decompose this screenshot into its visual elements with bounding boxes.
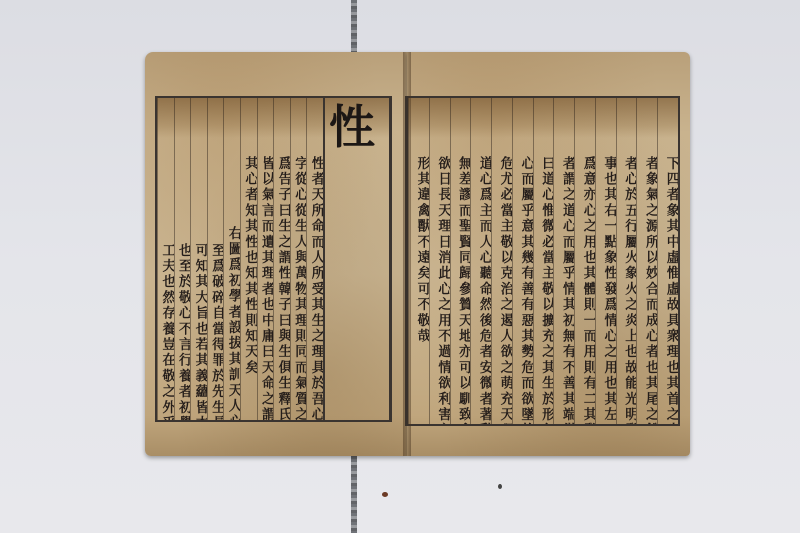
text-column: 可知其大旨也若其義蘊皆本程朱格言并忌臆說: [190, 98, 207, 420]
text-column: 曰道心惟微必當主敬以擴充之其生於形氣者謂之人: [533, 98, 554, 424]
heading-column: 性: [323, 98, 389, 420]
text-column: 者象氣之源所以妙合而成心者也其尾之銳自下而上: [636, 98, 657, 424]
text-column: 其心者知其性也知其性則知天矣: [240, 98, 257, 420]
text-column: 爲意亦心之用也其體則一而用則有二其發原於性命: [574, 98, 595, 424]
open-book: 性 性者天所命而人所受其生之理具於吾心者也故其爲 字從心從生人與萬物其理則同而氣…: [145, 52, 690, 458]
text-column: 者心於五行屬火象火之炎上也故能光明發動以應萬: [616, 98, 637, 424]
right-page: 下四者象其中虛惟虛故具衆理也其首之尖自上而下 者象氣之源所以妙合而成心者也其尾之…: [407, 52, 690, 456]
text-column: 欲日長天理日消此心之用不過情欲利害之事雖有人: [429, 98, 450, 424]
text-column: 性者天所命而人所受其生之理具於吾心者也故其爲: [306, 98, 323, 420]
left-page: 性 性者天所命而人所受其生之理具於吾心者也故其爲 字從心從生人與萬物其理則同而氣…: [145, 52, 407, 456]
text-column: 至爲破碎自當得罪於先生長者然初學觀之一見: [207, 98, 224, 420]
text-column: 爲告子曰生之謂性韓子曰與生俱生釋氏曰作用是性: [273, 98, 290, 420]
text-column: 下四者象其中虛惟虛故具衆理也其首之尖自上而下: [657, 98, 678, 424]
page-heading: 性: [329, 104, 375, 150]
text-column: 心而屬乎意其幾有善有惡其勢危而欲墜故曰人心惟: [512, 98, 533, 424]
text-column: 工夫也然存養豈在敬之外乎同志君子詳加繩墨: [157, 98, 174, 420]
text-column: 皆以氣言而遺其理者也中庸曰天命之謂性孟子曰盡: [257, 98, 274, 420]
text-column: 字從心從生人與萬物其理則同而氣質之稟有不同者: [290, 98, 307, 420]
book-spine-gutter: [403, 52, 411, 456]
debris-speck: [498, 484, 502, 489]
text-column: 右圖爲初學者設拔其訓天人心性之意分釋戮畫: [223, 98, 240, 420]
text-column: 無差謬而聖賢同歸參贊天地亦可以馴致矣不然則人: [450, 98, 471, 424]
text-column: 也至於敬心不言行養者初學之主要令於動處下: [174, 98, 191, 420]
left-page-text-columns: 性 性者天所命而人所受其生之理具於吾心者也故其爲 字從心從生人與萬物其理則同而氣…: [157, 98, 389, 420]
text-column: 道心爲主而人心聽命然後危者安微者著動靜云爲自: [470, 98, 491, 424]
text-column: 者謂之道心而屬乎情其初無有不善其端微而難見故: [553, 98, 574, 424]
right-page-text-columns: 下四者象其中虛惟虛故具衆理也其首之尖自上而下 者象氣之源所以妙合而成心者也其尾之…: [408, 98, 678, 424]
right-page-border-frame: 下四者象其中虛惟虛故具衆理也其首之尖自上而下 者象氣之源所以妙合而成心者也其尾之…: [405, 96, 680, 426]
left-page-border-frame: 性 性者天所命而人所受其生之理具於吾心者也故其爲 字從心從生人與萬物其理則同而氣…: [155, 96, 392, 422]
text-column: 危尤必當主敬以克治之遏人欲之萌充天理之正常使: [491, 98, 512, 424]
text-column: 事也其右一點象性發爲情心之用也其左一點象心發: [595, 98, 616, 424]
text-column: 形其違禽獸不遠矣可不敬哉: [408, 98, 429, 424]
debris-speck: [382, 492, 388, 497]
